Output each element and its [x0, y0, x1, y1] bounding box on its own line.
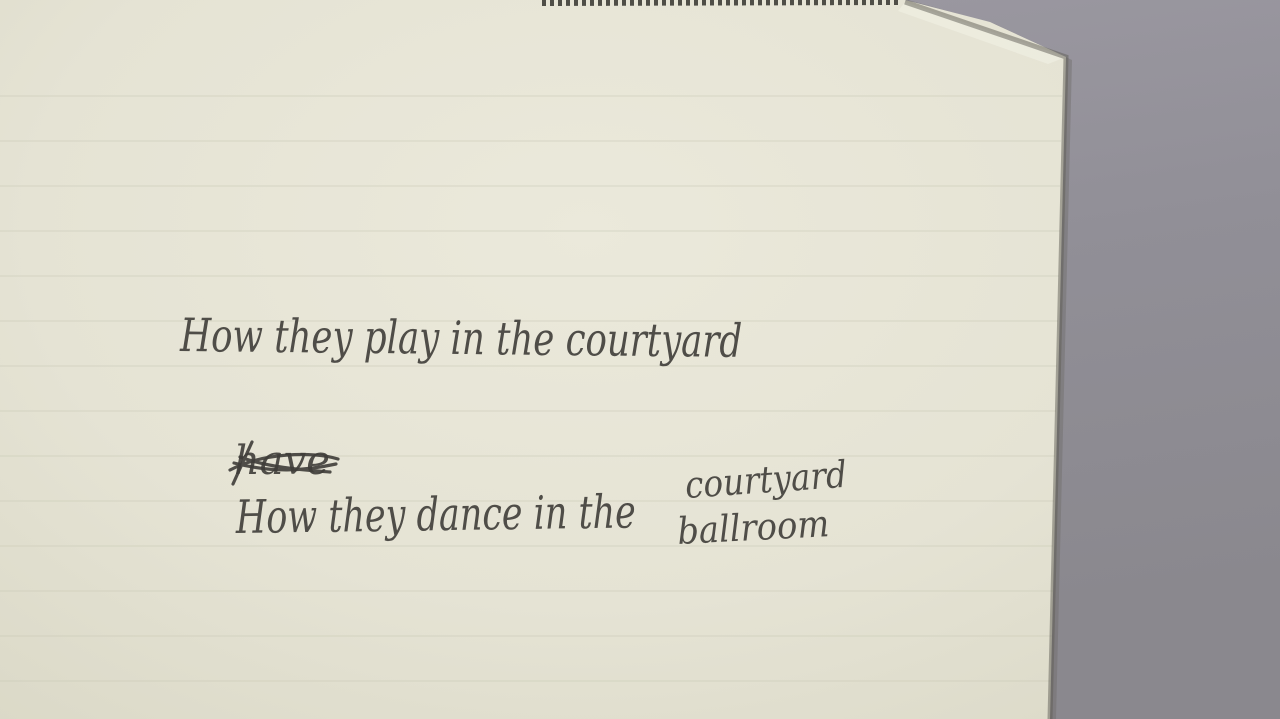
note-line-2: How they dance in the	[235, 484, 636, 544]
note-photo-canvas: How they play in the courtyard have How …	[0, 0, 1280, 719]
alternative-word-bottom: ballroom	[676, 502, 830, 553]
note-line-1: How they play in the courtyard	[179, 308, 742, 368]
crossed-out-word: have	[230, 438, 338, 484]
photo-handwritten-note: How they play in the courtyard have How …	[0, 0, 1280, 719]
